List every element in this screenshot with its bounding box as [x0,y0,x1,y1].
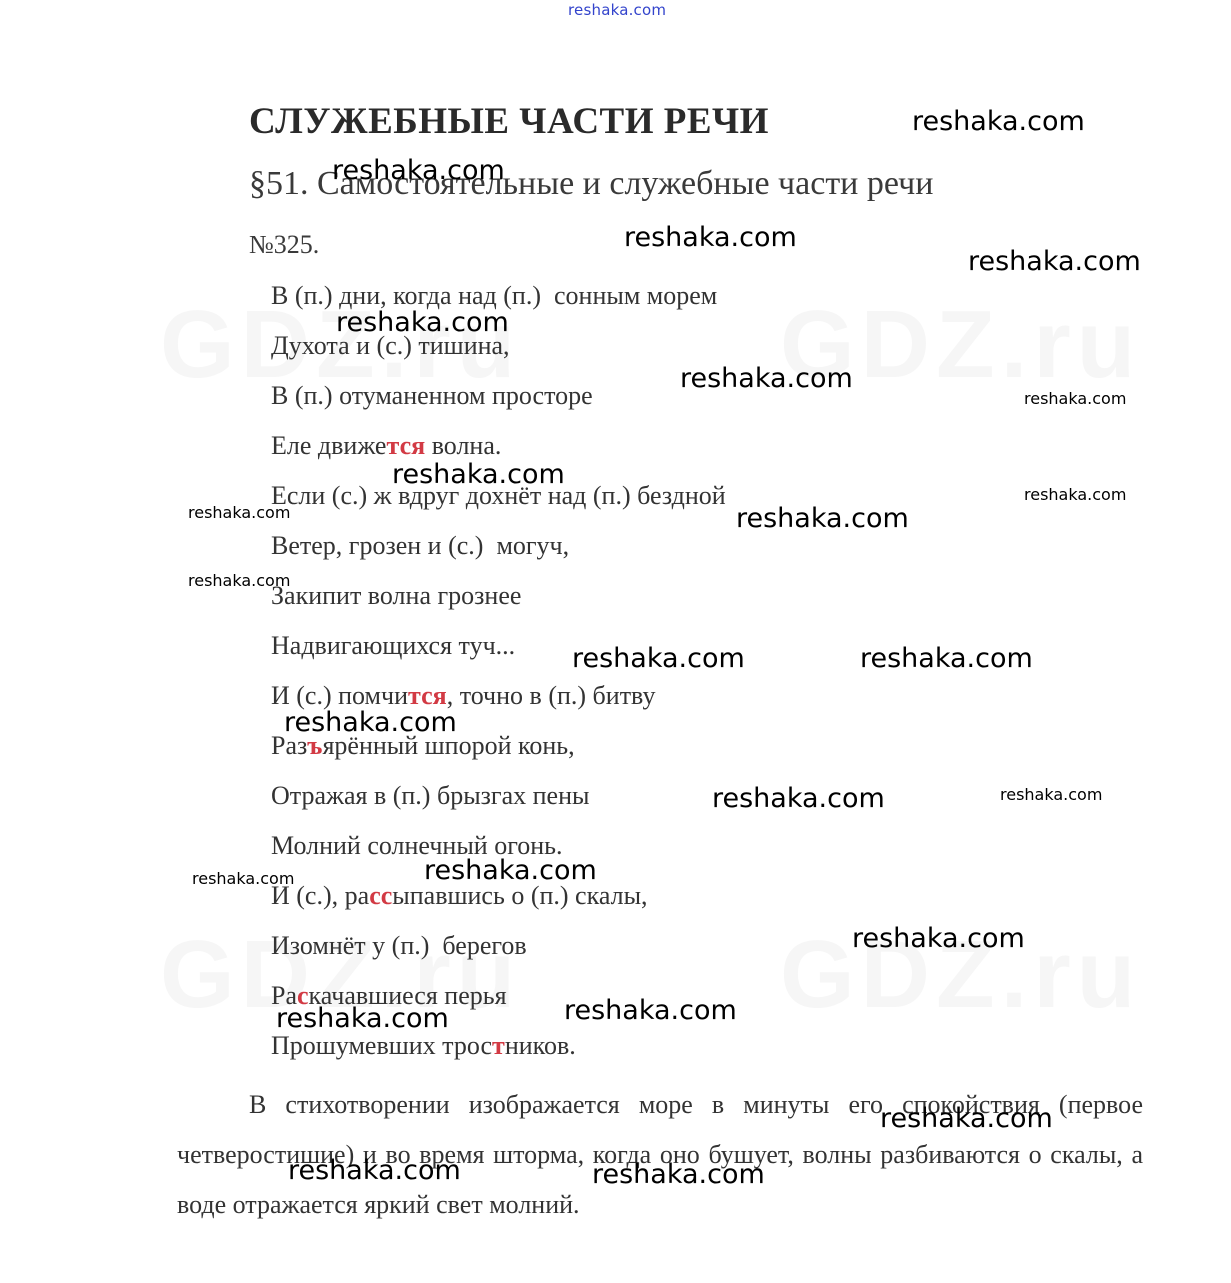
line-text: Закипит волна грознее [271,581,521,610]
line-text: И (с.) помчи [271,681,408,710]
reshaka-watermark: reshaka.com [852,923,1025,954]
reshaka-watermark: reshaka.com [564,995,737,1026]
reshaka-watermark: reshaka.com [1000,785,1102,804]
line-text: Ветер, грозен и (с.) могуч, [271,531,569,560]
highlighted-letters: тся [408,681,447,710]
line-text: Прошумевших трос [271,1031,492,1060]
line-text: В (п.) дни, когда над (п.) сонным морем [271,281,717,310]
reshaka-watermark: reshaka.com [188,503,290,522]
line-text: Отражая в (п.) брызгах пены [271,781,589,810]
highlighted-letters: т [492,1031,505,1060]
poem-line: В (п.) отуманенном просторе [271,380,726,430]
line-text: В (п.) отуманенном просторе [271,381,593,410]
reshaka-watermark: reshaka.com [592,1159,765,1190]
section-title: СЛУЖЕБНЫЕ ЧАСТИ РЕЧИ [249,100,769,143]
line-text: Надвигающихся туч... [271,631,515,660]
reshaka-watermark: reshaka.com [880,1103,1053,1134]
reshaka-watermark: reshaka.com [336,307,509,338]
reshaka-watermark: reshaka.com [276,1003,449,1034]
poem-line: Изомнёт у (п.) берегов [271,930,726,980]
line-text: ников. [505,1031,576,1060]
poem-line: Прошумевших тростников. [271,1030,726,1080]
reshaka-watermark: reshaka.com [192,869,294,888]
reshaka-watermark: reshaka.com [332,155,505,186]
highlighted-letters: тся [386,431,425,460]
highlighted-letters: сс [369,881,392,910]
reshaka-watermark: reshaka.com [968,246,1141,277]
reshaka-watermark: reshaka.com [392,459,565,490]
poem-line: Ветер, грозен и (с.) могуч, [271,530,726,580]
reshaka-watermark: reshaka.com [680,363,853,394]
poem-line: Закипит волна грознее [271,580,726,630]
reshaka-watermark: reshaka.com [736,503,909,534]
reshaka-watermark: reshaka.com [288,1155,461,1186]
line-text: Еле движе [271,431,386,460]
line-text: , точно в (п.) битву [447,681,656,710]
reshaka-watermark: reshaka.com [284,707,457,738]
poem-line: И (с.), рассыпавшись о (п.) скалы, [271,880,726,930]
poem: В (п.) дни, когда над (п.) сонным моремД… [271,280,726,1080]
reshaka-watermark: reshaka.com [624,222,797,253]
reshaka-watermark: reshaka.com [572,643,745,674]
poem-line: Отражая в (п.) брызгах пены [271,780,726,830]
reshaka-watermark: reshaka.com [860,643,1033,674]
reshaka-watermark: reshaka.com [424,855,597,886]
site-link[interactable]: reshaka.com [568,1,666,19]
line-text: Изомнёт у (п.) берегов [271,931,527,960]
reshaka-watermark: reshaka.com [712,783,885,814]
line-text: волна. [425,431,501,460]
task-number: №325. [249,230,319,260]
reshaka-watermark: reshaka.com [188,571,290,590]
reshaka-watermark: reshaka.com [1024,389,1126,408]
reshaka-watermark: reshaka.com [912,106,1085,137]
reshaka-watermark: reshaka.com [1024,485,1126,504]
